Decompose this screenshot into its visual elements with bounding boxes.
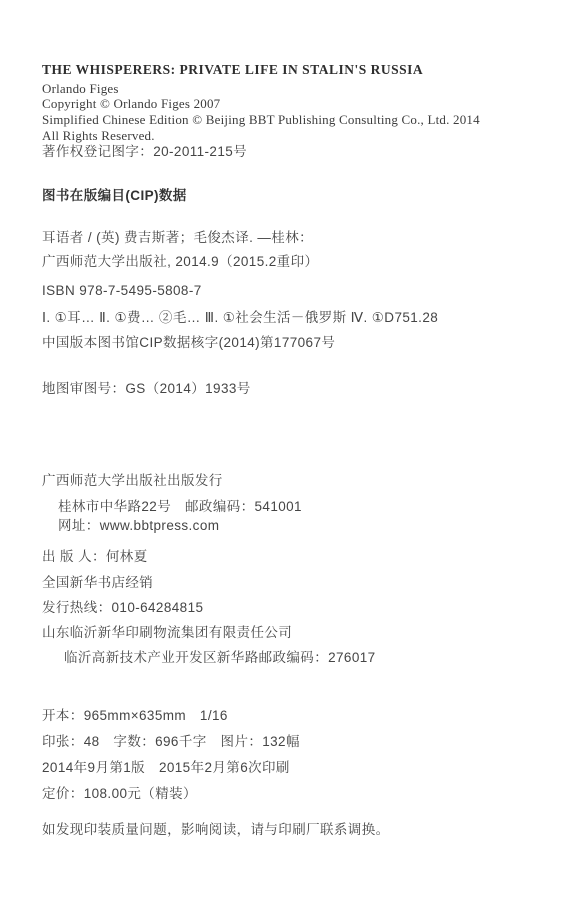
map-approval-line: 地图审图号：GS（2014）1933号 <box>42 381 251 397</box>
simplified-edition-line: Simplified Chinese Edition © Beijing BBT… <box>42 112 480 128</box>
publisher-address-line: 桂林市中华路22号 邮政编码：541001 <box>58 499 302 515</box>
sales-hotline-line: 发行热线：010-64284815 <box>42 600 203 616</box>
sheets-line: 印张：48 字数：696千字 图片：132幅 <box>42 734 300 750</box>
edition-line: 2014年9月第1版 2015年2月第6次印刷 <box>42 760 290 776</box>
publisher-imprint-line: 广西师范大学出版社出版发行 <box>42 473 223 489</box>
book-copyright-page: THE WHISPERERS: PRIVATE LIFE IN STALIN'S… <box>0 0 570 910</box>
author-name: Orlando Figes <box>42 81 119 97</box>
distribution-line: 全国新华书店经销 <box>42 575 153 591</box>
format-line: 开本：965mm×635mm 1/16 <box>42 708 228 724</box>
publisher-person-line: 出 版 人：何林夏 <box>42 549 148 565</box>
cip-record-line: 中国版本图书馆CIP数据核字(2014)第177067号 <box>42 335 335 351</box>
printer-address-line: 临沂高新技术产业开发区新华路邮政编码：276017 <box>64 650 376 666</box>
cip-publisher-line: 广西师范大学出版社, 2014.9（2015.2重印） <box>42 254 318 270</box>
publisher-website-line: 网址：www.bbtpress.com <box>58 518 219 534</box>
cip-classification-line: Ⅰ. ①耳… Ⅱ. ①费… ②毛… Ⅲ. ①社会生活－俄罗斯 Ⅳ. ①D751.… <box>42 310 438 326</box>
book-title-english: THE WHISPERERS: PRIVATE LIFE IN STALIN'S… <box>42 62 423 78</box>
isbn-line: ISBN 978-7-5495-5808-7 <box>42 283 202 299</box>
cip-heading: 图书在版编目(CIP)数据 <box>42 188 187 204</box>
cip-title-line: 耳语者 / (英) 费吉斯著；毛俊杰译. —桂林： <box>42 230 313 246</box>
rights-reserved-line: All Rights Reserved. <box>42 128 155 144</box>
printer-line: 山东临沂新华印刷物流集团有限责任公司 <box>42 625 292 641</box>
copyright-registration-line: 著作权登记图字：20-2011-215号 <box>42 144 247 160</box>
copyright-line: Copyright © Orlando Figes 2007 <box>42 96 220 112</box>
quality-note: 如发现印装质量问题，影响阅读，请与印刷厂联系调换。 <box>42 822 390 838</box>
price-line: 定价：108.00元（精装） <box>42 786 197 802</box>
